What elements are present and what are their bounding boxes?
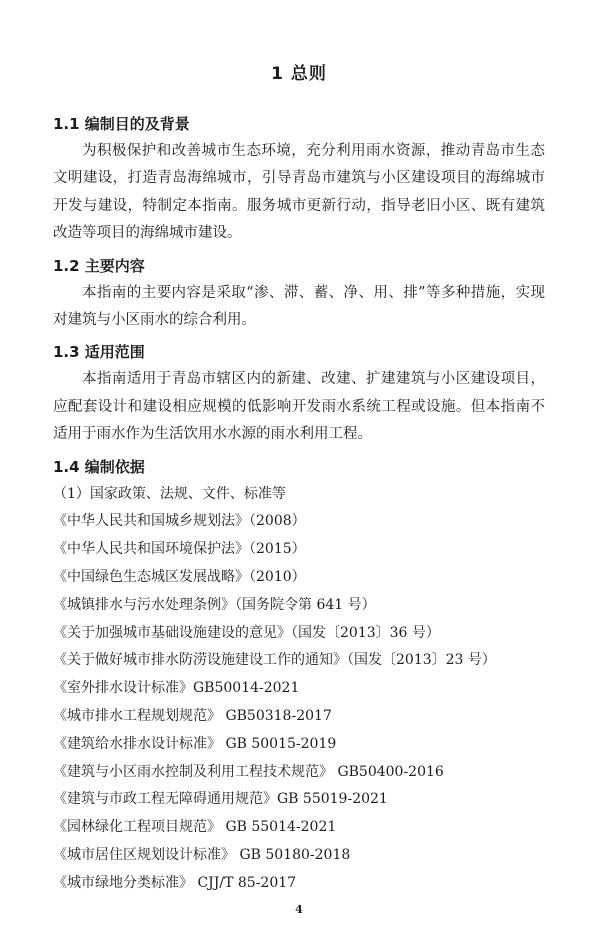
section-heading-1-4: 1.4 编制依据 (53, 453, 545, 481)
section-heading-1-3: 1.3 适用范围 (53, 338, 545, 366)
reference-list-intro: （1）国家政策、法规、文件、标准等 (53, 481, 545, 509)
section-scope: 1.3 适用范围 本指南适用于青岛市辖区内的新建、改建、扩建建筑与小区建设项目，… (53, 338, 545, 448)
section-heading-1-2: 1.2 主要内容 (53, 252, 545, 280)
reference-item: 《中华人民共和国环境保护法》（2015） (53, 536, 545, 564)
section-main-content: 1.2 主要内容 本指南的主要内容是采取“渗、滞、蓄、净、用、排”等多种措施，实… (53, 252, 545, 335)
chapter-title: 1 总则 (53, 62, 545, 86)
paragraph: 本指南适用于青岛市辖区内的新建、改建、扩建建筑与小区建设项目，应配套设计和建设相… (53, 366, 545, 448)
page-number: 4 (53, 902, 545, 918)
document-page: 1 总则 1.1 编制目的及背景 为积极保护和改善城市生态环境，充分利用雨水资源… (0, 0, 596, 946)
reference-item: 《城市绿地分类标准》 CJJ/T 85-2017 (53, 870, 545, 898)
reference-item: 《关于做好城市排水防涝设施建设工作的通知》（国发〔2013〕23 号） (53, 647, 545, 675)
reference-item: 《建筑与市政工程无障碍通用规范》GB 55019-2021 (53, 786, 545, 814)
reference-item: 《城市排水工程规划规范》 GB50318-2017 (53, 703, 545, 731)
section-compilation-basis: 1.4 编制依据 （1）国家政策、法规、文件、标准等 《中华人民共和国城乡规划法… (53, 453, 545, 898)
paragraph: 本指南的主要内容是采取“渗、滞、蓄、净、用、排”等多种措施，实现对建筑与小区雨水… (53, 280, 545, 335)
reference-item: 《关于加强城市基础设施建设的意见》（国发〔2013〕36 号） (53, 620, 545, 648)
reference-item: 《建筑给水排水设计标准》 GB 50015-2019 (53, 731, 545, 759)
page-content: 1 总则 1.1 编制目的及背景 为积极保护和改善城市生态环境，充分利用雨水资源… (0, 0, 596, 918)
reference-item: 《中华人民共和国城乡规划法》（2008） (53, 508, 545, 536)
reference-item: 《城镇排水与污水处理条例》（国务院令第 641 号） (53, 592, 545, 620)
section-purpose-background: 1.1 编制目的及背景 为积极保护和改善城市生态环境，充分利用雨水资源，推动青岛… (53, 110, 545, 248)
reference-item: 《园林绿化工程项目规范》 GB 55014-2021 (53, 814, 545, 842)
reference-list: 《中华人民共和国城乡规划法》（2008） 《中华人民共和国环境保护法》（2015… (53, 508, 545, 897)
reference-item: 《室外排水设计标准》GB50014-2021 (53, 675, 545, 703)
reference-item: 《中国绿色生态城区发展战略》（2010） (53, 564, 545, 592)
reference-item: 《城市居住区规划设计标准》 GB 50180-2018 (53, 842, 545, 870)
reference-item: 《建筑与小区雨水控制及利用工程技术规范》 GB50400-2016 (53, 759, 545, 787)
paragraph: 为积极保护和改善城市生态环境，充分利用雨水资源，推动青岛市生态文明建设，打造青岛… (53, 138, 545, 248)
section-heading-1-1: 1.1 编制目的及背景 (53, 110, 545, 138)
